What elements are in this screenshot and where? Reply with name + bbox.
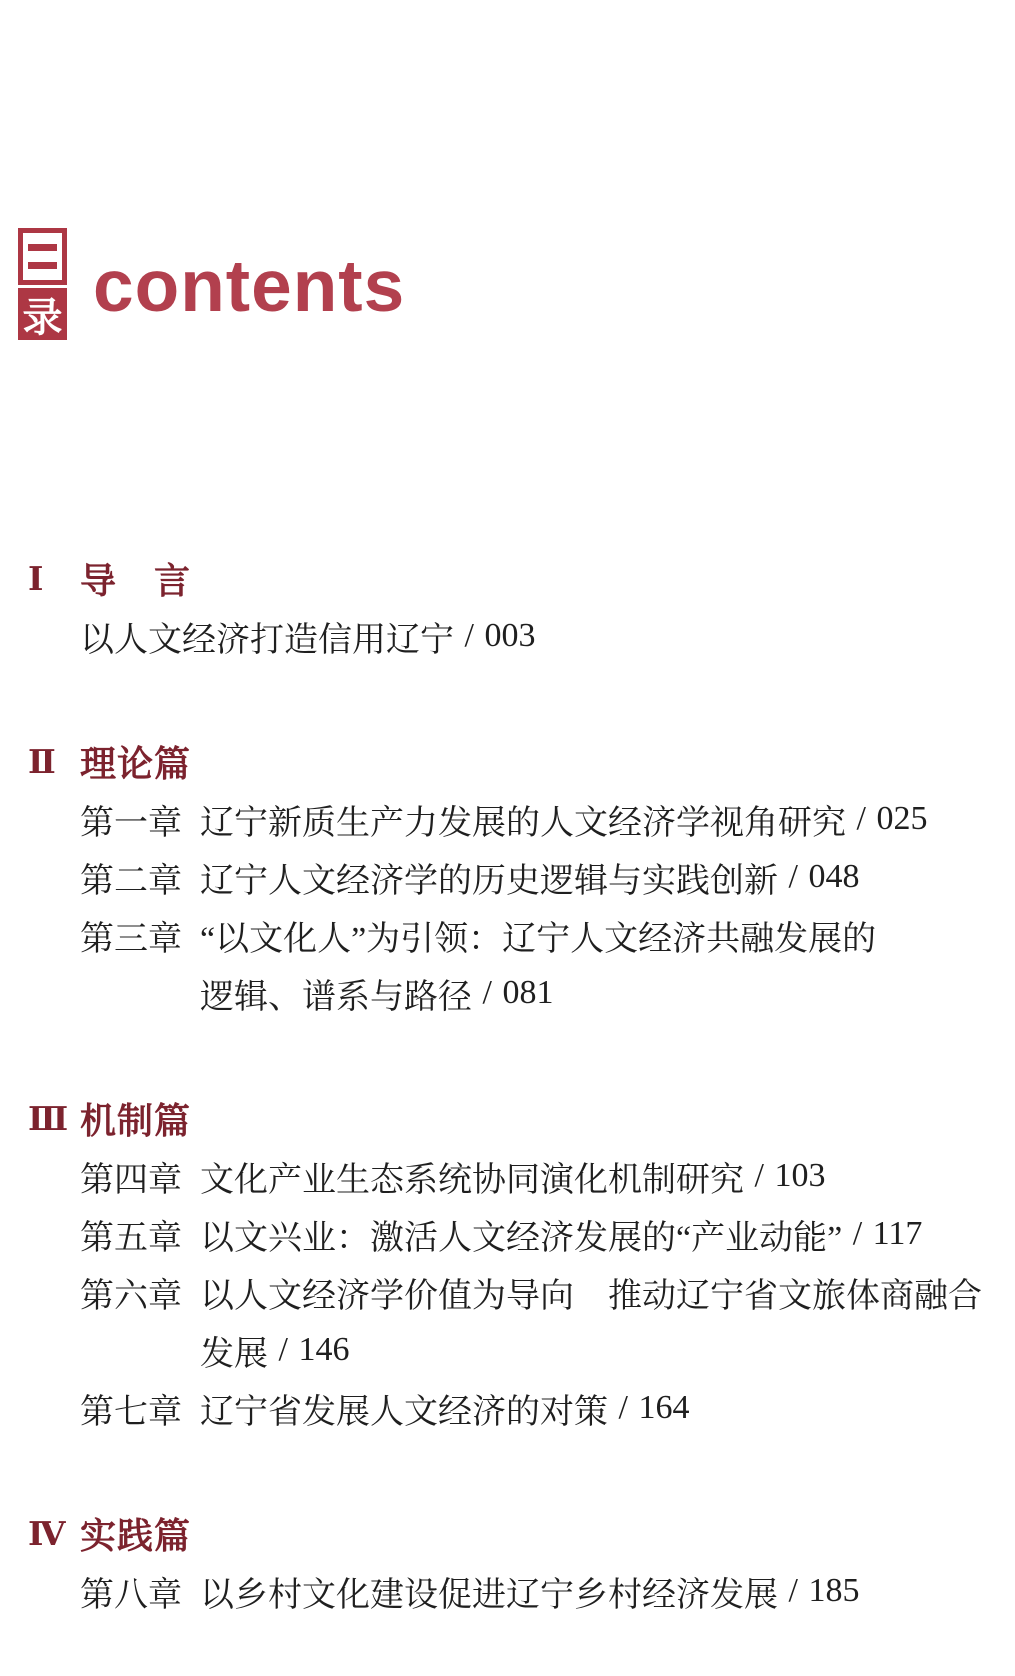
toc-row: 第六章以人文经济学价值为导向 推动辽宁省文旅体商融合 xyxy=(80,1263,987,1321)
section-title: 导 言 xyxy=(80,553,191,604)
entry-title: 以文兴业：激活人文经济发展的“产业动能” xyxy=(200,1210,842,1259)
seal-stroke xyxy=(28,244,57,251)
toc-row: 第一章辽宁新质生产力发展的人文经济学视角研究 / 025 xyxy=(80,790,987,848)
section-header: Ⅱ理论篇 xyxy=(28,732,987,790)
entry-title: 以人文经济打造信用辽宁 xyxy=(80,612,454,661)
toc-section: Ⅰ导 言以人文经济打造信用辽宁 / 003 xyxy=(28,549,987,665)
mulu-seal-icon: 目 录 xyxy=(18,228,67,340)
toc-row: 第三章“以文化人”为引领：辽宁人文经济共融发展的 xyxy=(80,906,987,964)
contents-wordmark: contents xyxy=(93,250,405,323)
toc-row: 第五章以文兴业：激活人文经济发展的“产业动能” / 117 xyxy=(80,1205,987,1263)
toc-row: 第七章辽宁省发展人文经济的对策 / 164 xyxy=(80,1379,987,1437)
page-separator: / xyxy=(848,800,874,838)
toc-row: 第四章文化产业生态系统协同演化机制研究 / 103 xyxy=(80,1147,987,1205)
toc-row: 逻辑、谱系与路径 / 081 xyxy=(200,964,987,1022)
lu-character: 录 xyxy=(18,288,67,340)
toc-row: 第八章以乡村文化建设促进辽宁乡村经济发展 / 185 xyxy=(80,1562,987,1620)
entry-title: 文化产业生态系统协同演化机制研究 xyxy=(200,1152,744,1201)
toc: Ⅰ导 言以人文经济打造信用辽宁 / 003Ⅱ理论篇第一章辽宁新质生产力发展的人文… xyxy=(28,549,987,1620)
section-header: Ⅲ机制篇 xyxy=(28,1089,987,1147)
section-numeral: Ⅰ xyxy=(28,559,80,598)
page-number: 117 xyxy=(873,1215,923,1253)
page-separator: / xyxy=(474,974,500,1012)
page-separator: / xyxy=(610,1389,636,1427)
chapter-label: 第一章 xyxy=(80,795,182,844)
section-title: 理论篇 xyxy=(80,736,191,787)
chapter-label: 第四章 xyxy=(80,1152,182,1201)
page-separator: / xyxy=(780,858,806,896)
toc-section: Ⅲ机制篇第四章文化产业生态系统协同演化机制研究 / 103第五章以文兴业：激活人… xyxy=(28,1089,987,1437)
entry-title: 以人文经济学价值为导向 推动辽宁省文旅体商融合 xyxy=(200,1268,982,1317)
page-separator: / xyxy=(456,617,482,655)
page-number: 103 xyxy=(774,1157,825,1195)
chapter-label: 第六章 xyxy=(80,1268,182,1317)
page-number: 048 xyxy=(808,858,859,896)
toc-row: 以人文经济打造信用辽宁 / 003 xyxy=(80,607,987,665)
section-numeral: Ⅱ xyxy=(28,742,80,781)
entry-title: 发展 xyxy=(200,1326,268,1375)
page-number: 003 xyxy=(484,617,535,655)
page-separator: / xyxy=(844,1215,870,1253)
toc-section: Ⅳ实践篇第八章以乡村文化建设促进辽宁乡村经济发展 / 185 xyxy=(28,1504,987,1620)
entry-title: “以文化人”为引领：辽宁人文经济共融发展的 xyxy=(200,911,876,960)
page-number: 025 xyxy=(876,800,927,838)
chapter-label: 第七章 xyxy=(80,1384,182,1433)
contents-logo: 目 录 contents xyxy=(18,228,405,340)
entry-title: 以乡村文化建设促进辽宁乡村经济发展 xyxy=(200,1567,778,1616)
chapter-label: 第二章 xyxy=(80,853,182,902)
page-separator: / xyxy=(270,1331,296,1369)
section-header: Ⅳ实践篇 xyxy=(28,1504,987,1562)
entry-title: 辽宁省发展人文经济的对策 xyxy=(200,1384,608,1433)
page-separator: / xyxy=(780,1572,806,1610)
chapter-label: 第八章 xyxy=(80,1567,182,1616)
section-numeral: Ⅲ xyxy=(28,1099,80,1138)
toc-row: 发展 / 146 xyxy=(200,1321,987,1379)
entry-title: 逻辑、谱系与路径 xyxy=(200,969,472,1018)
page-number: 081 xyxy=(502,974,553,1012)
chapter-label: 第三章 xyxy=(80,911,182,960)
chapter-label: 第五章 xyxy=(80,1210,182,1259)
mu-character: 目 xyxy=(18,228,67,285)
section-title: 机制篇 xyxy=(80,1093,191,1144)
entry-title: 辽宁人文经济学的历史逻辑与实践创新 xyxy=(200,853,778,902)
page-number: 164 xyxy=(638,1389,689,1427)
page-number: 146 xyxy=(298,1331,349,1369)
section-header: Ⅰ导 言 xyxy=(28,549,987,607)
entry-title: 辽宁新质生产力发展的人文经济学视角研究 xyxy=(200,795,846,844)
page-separator: / xyxy=(746,1157,772,1195)
section-numeral: Ⅳ xyxy=(28,1514,80,1553)
page-number: 185 xyxy=(808,1572,859,1610)
section-title: 实践篇 xyxy=(80,1508,191,1559)
toc-section: Ⅱ理论篇第一章辽宁新质生产力发展的人文经济学视角研究 / 025第二章辽宁人文经… xyxy=(28,732,987,1022)
seal-stroke xyxy=(28,262,57,269)
toc-row: 第二章辽宁人文经济学的历史逻辑与实践创新 / 048 xyxy=(80,848,987,906)
